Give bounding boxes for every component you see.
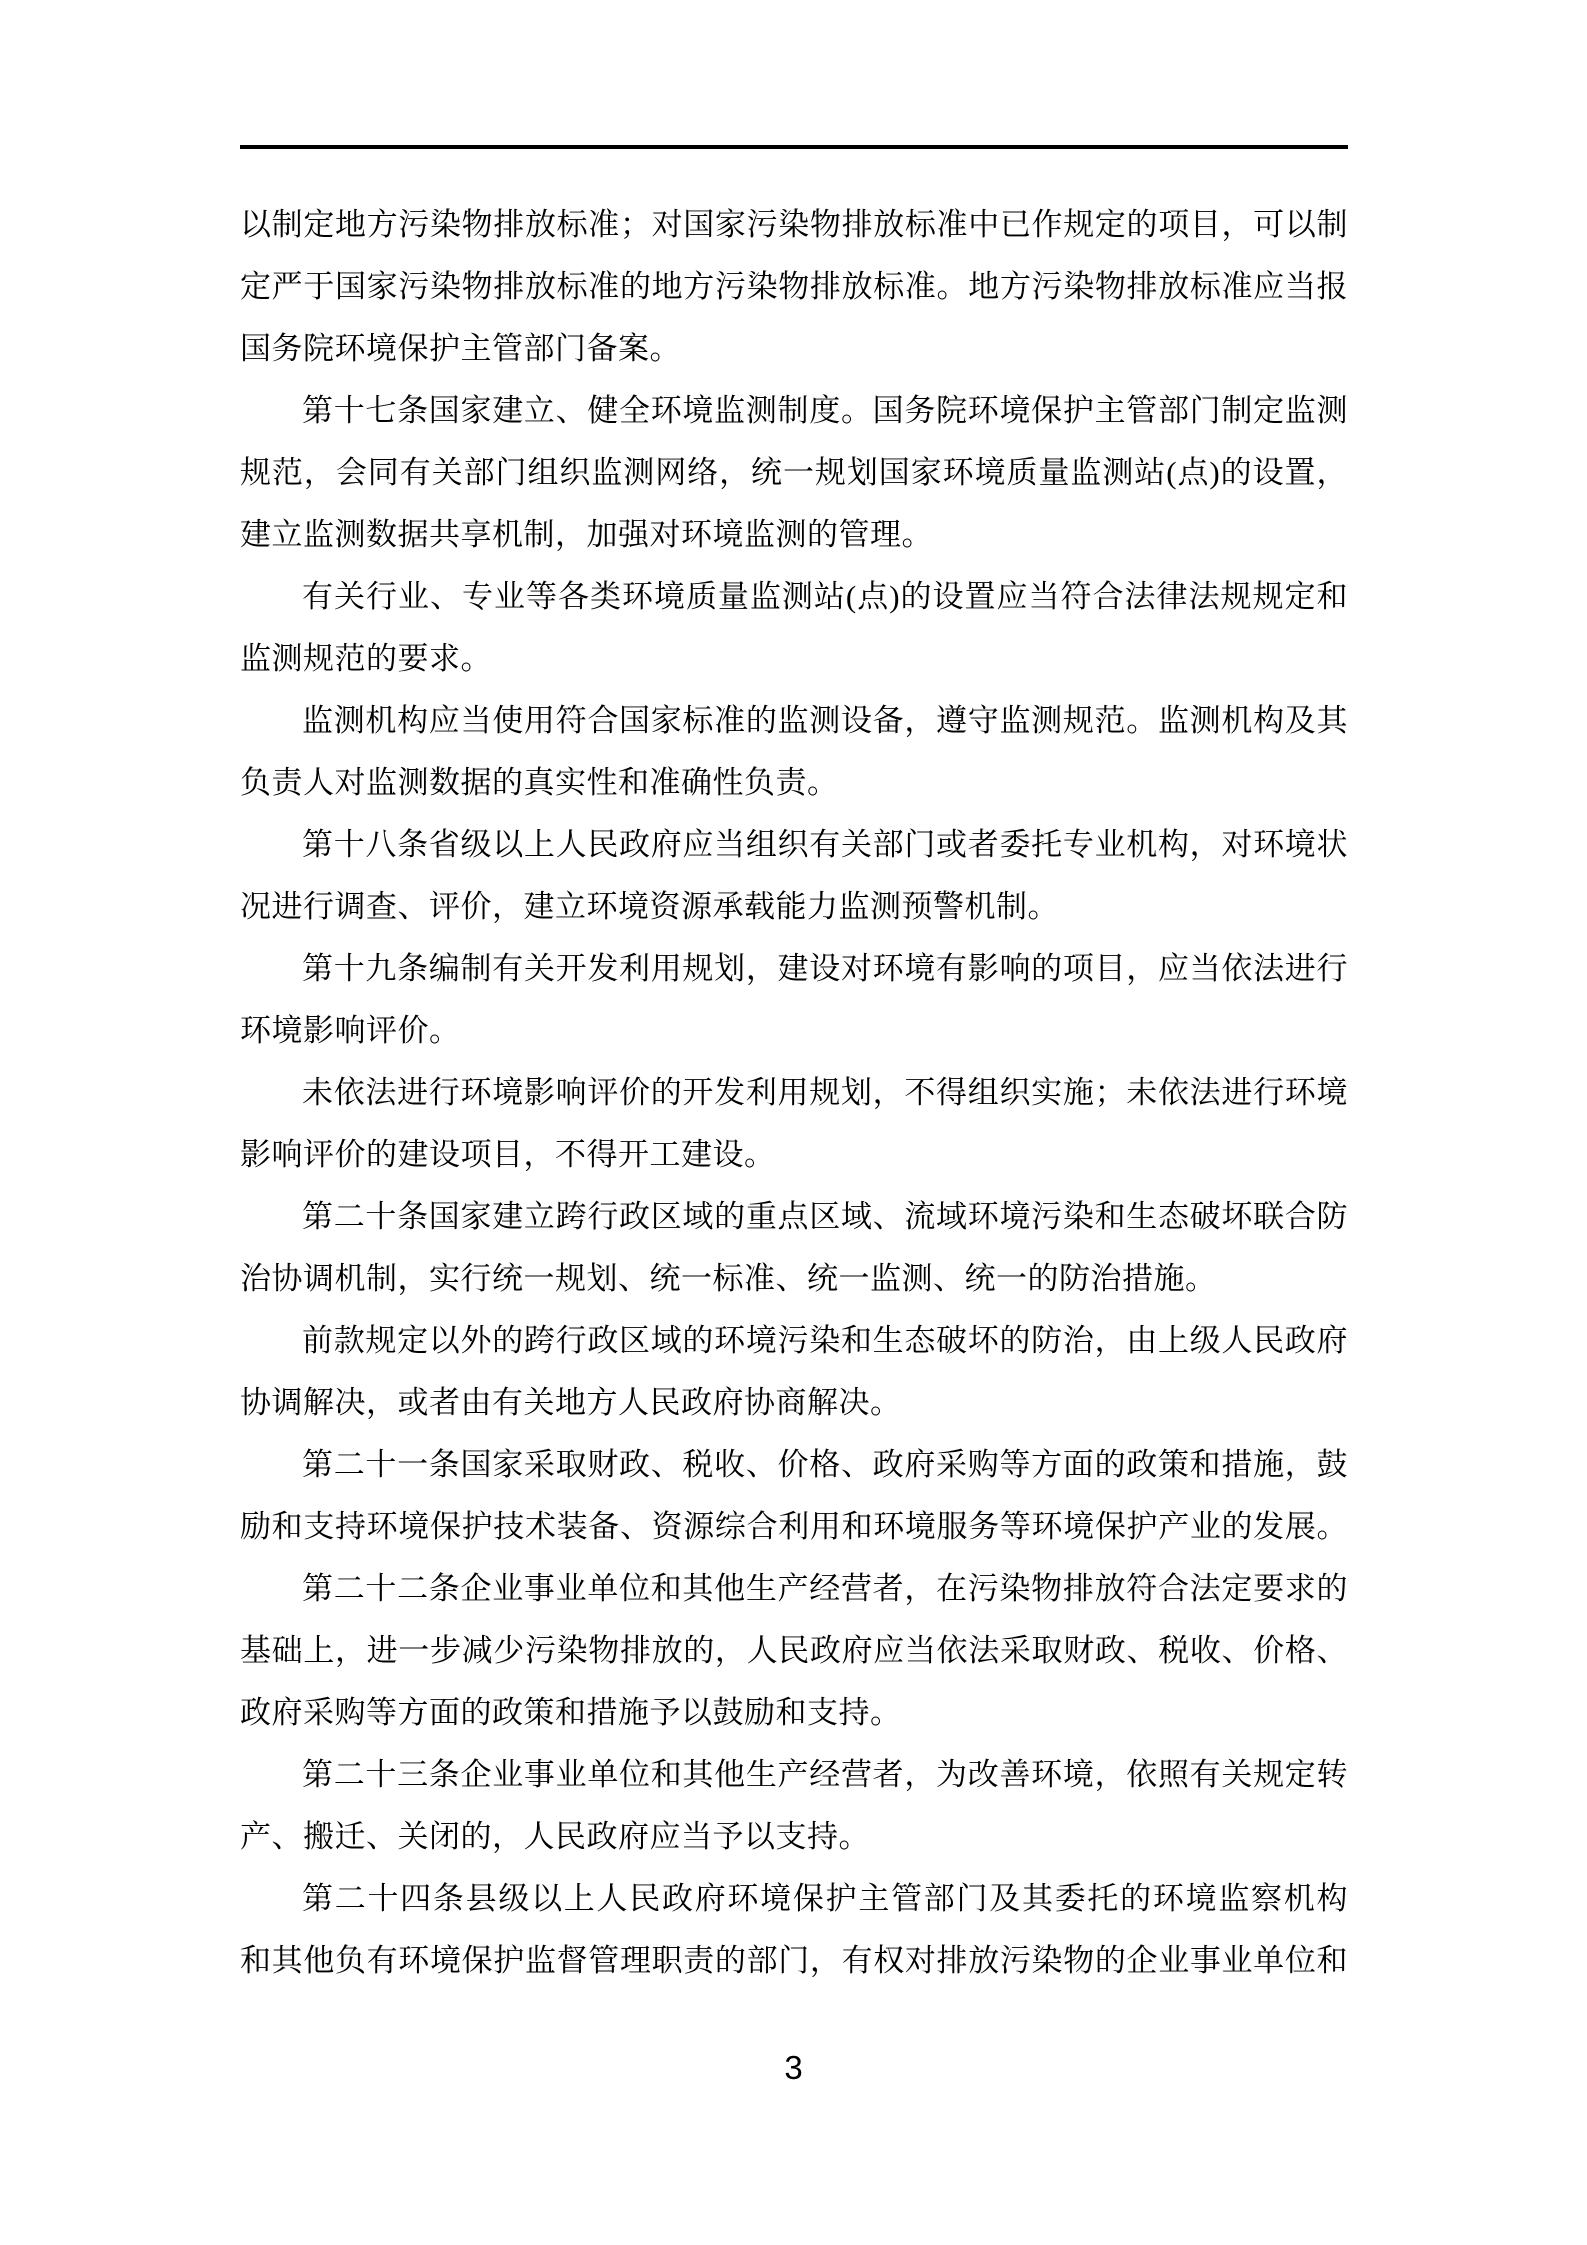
text-line: 第二十四条县级以上人民政府环境保护主管部门及其委托的环境监察机构 [240,1868,1348,1930]
text-line: 协调解决，或者由有关地方人民政府协商解决。 [240,1372,1348,1434]
text-line: 建立监测数据共享机制，加强对环境监测的管理。 [240,504,1348,566]
text-line: 定严于国家污染物排放标准的地方污染物排放标准。地方污染物排放标准应当报 [240,256,1348,318]
text-line: 第二十条国家建立跨行政区域的重点区域、流域环境污染和生态破坏联合防 [240,1186,1348,1248]
text-line: 负责人对监测数据的真实性和准确性负责。 [240,752,1348,814]
text-line: 基础上，进一步减少污染物排放的，人民政府应当依法采取财政、税收、价格、 [240,1620,1348,1682]
text-line: 治协调机制，实行统一规划、统一标准、统一监测、统一的防治措施。 [240,1248,1348,1310]
text-line: 以制定地方污染物排放标准；对国家污染物排放标准中已作规定的项目，可以制 [240,194,1348,256]
text-line: 国务院环境保护主管部门备案。 [240,318,1348,380]
text-line: 政府采购等方面的政策和措施予以鼓励和支持。 [240,1682,1348,1744]
text-line: 第二十一条国家采取财政、税收、价格、政府采购等方面的政策和措施，鼓 [240,1434,1348,1496]
text-line: 影响评价的建设项目，不得开工建设。 [240,1124,1348,1186]
header-divider-rule [240,145,1348,149]
text-line: 第十九条编制有关开发利用规划，建设对环境有影响的项目，应当依法进行 [240,938,1348,1000]
text-line: 规范，会同有关部门组织监测网络，统一规划国家环境质量监测站(点)的设置， [240,442,1348,504]
text-line: 第十八条省级以上人民政府应当组织有关部门或者委托专业机构，对环境状 [240,814,1348,876]
text-line: 况进行调查、评价，建立环境资源承载能力监测预警机制。 [240,876,1348,938]
text-line: 和其他负有环境保护监督管理职责的部门，有权对排放污染物的企业事业单位和 [240,1930,1348,1992]
document-body: 以制定地方污染物排放标准；对国家污染物排放标准中已作规定的项目，可以制定严于国家… [240,194,1348,1992]
text-line: 产、搬迁、关闭的，人民政府应当予以支持。 [240,1806,1348,1868]
page-number: 3 [0,2050,1587,2086]
text-line: 监测机构应当使用符合国家标准的监测设备，遵守监测规范。监测机构及其 [240,690,1348,752]
text-line: 第二十三条企业事业单位和其他生产经营者，为改善环境，依照有关规定转 [240,1744,1348,1806]
text-line: 第二十二条企业事业单位和其他生产经营者，在污染物排放符合法定要求的 [240,1558,1348,1620]
text-line: 励和支持环境保护技术装备、资源综合利用和环境服务等环境保护产业的发展。 [240,1496,1348,1558]
text-line: 未依法进行环境影响评价的开发利用规划，不得组织实施；未依法进行环境 [240,1062,1348,1124]
text-line: 前款规定以外的跨行政区域的环境污染和生态破坏的防治，由上级人民政府 [240,1310,1348,1372]
document-page: 以制定地方污染物排放标准；对国家污染物排放标准中已作规定的项目，可以制定严于国家… [0,0,1587,2245]
text-line: 第十七条国家建立、健全环境监测制度。国务院环境保护主管部门制定监测 [240,380,1348,442]
text-line: 有关行业、专业等各类环境质量监测站(点)的设置应当符合法律法规规定和 [240,566,1348,628]
text-line: 环境影响评价。 [240,1000,1348,1062]
text-line: 监测规范的要求。 [240,628,1348,690]
